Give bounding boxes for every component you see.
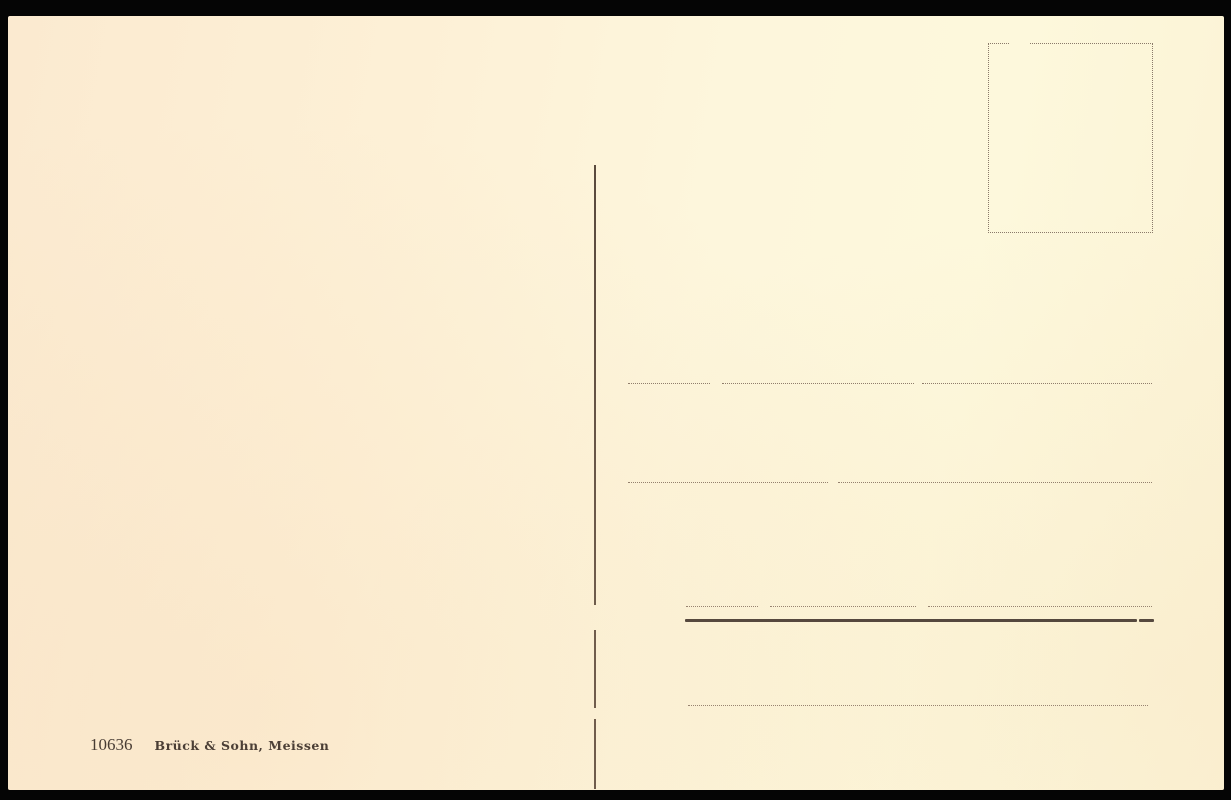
address-line-1 xyxy=(628,383,710,384)
address-line-1 xyxy=(722,383,914,384)
address-line-3 xyxy=(686,606,758,607)
address-underline-solid xyxy=(685,619,1137,622)
stamp-box-gap xyxy=(1010,40,1030,46)
postcard-back: 10636 Brück & Sohn, Meissen xyxy=(8,16,1224,790)
publisher-name: Brück & Sohn, Meissen xyxy=(155,738,330,753)
address-line-3 xyxy=(928,606,1152,607)
address-line-3 xyxy=(770,606,916,607)
center-divider-line xyxy=(594,630,596,708)
address-line-2 xyxy=(838,482,1152,483)
address-underline-solid-end xyxy=(1139,619,1154,622)
center-divider-line xyxy=(594,165,596,605)
address-line-2 xyxy=(628,482,828,483)
stamp-placeholder-box xyxy=(988,43,1153,233)
catalog-number: 10636 xyxy=(90,735,133,754)
publisher-imprint: 10636 Brück & Sohn, Meissen xyxy=(90,735,329,755)
address-line-1 xyxy=(922,383,1152,384)
address-line-4 xyxy=(688,705,1148,706)
center-divider-line xyxy=(594,719,596,789)
